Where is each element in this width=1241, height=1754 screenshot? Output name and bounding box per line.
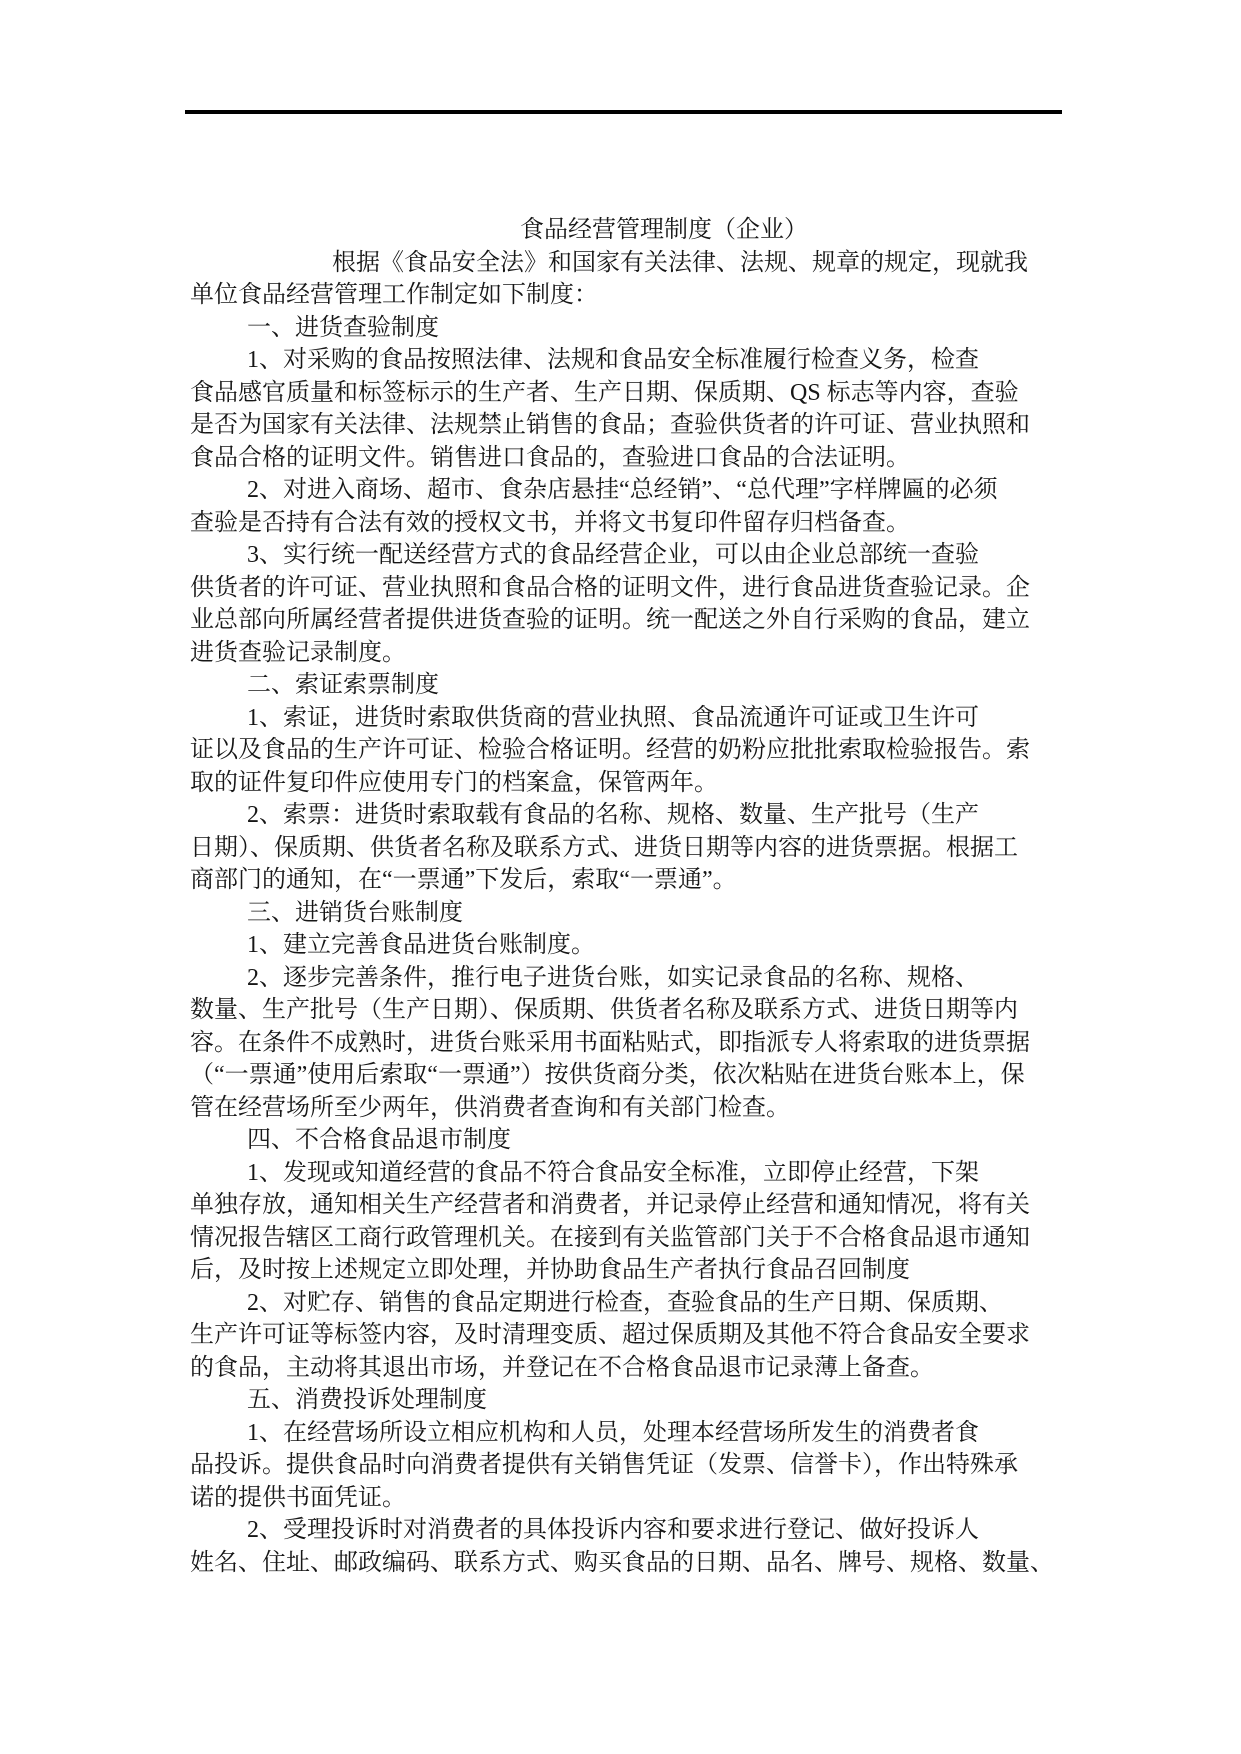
text-line: 1、建立完善食品进货台账制度。 <box>190 929 1070 962</box>
text-line: 单位食品经营管理工作制定如下制度： <box>190 279 1070 312</box>
text-line: 1、索证，进货时索取供货商的营业执照、食品流通许可证或卫生许可 <box>190 702 1070 735</box>
text-line: 2、受理投诉时对消费者的具体投诉内容和要求进行登记、做好投诉人 <box>190 1514 1070 1547</box>
text-line: 证以及食品的生产许可证、检验合格证明。经营的奶粉应批批索取检验报告。索 <box>190 734 1070 767</box>
text-line: 四、不合格食品退市制度 <box>190 1124 1070 1157</box>
text-line: 日期）、保质期、供货者名称及联系方式、进货日期等内容的进货票据。根据工 <box>190 832 1070 865</box>
text-line: 取的证件复印件应使用专门的档案盒，保管两年。 <box>190 767 1070 800</box>
text-line: 3、实行统一配送经营方式的食品经营企业，可以由企业总部统一查验 <box>190 539 1070 572</box>
text-line: 食品合格的证明文件。销售进口食品的，查验进口食品的合法证明。 <box>190 442 1070 475</box>
text-line: 管在经营场所至少两年，供消费者查询和有关部门检查。 <box>190 1092 1070 1125</box>
text-line: 根据《食品安全法》和国家有关法律、法规、规章的规定，现就我 <box>190 247 1070 280</box>
text-line: 查验是否持有合法有效的授权文书，并将文书复印件留存归档备查。 <box>190 507 1070 540</box>
text-line: （“一票通”使用后索取“一票通”）按供货商分类，依次粘贴在进货台账本上，保 <box>190 1059 1070 1092</box>
document-title: 食品经营管理制度（企业） <box>190 214 1070 247</box>
text-line: 单独存放，通知相关生产经营者和消费者，并记录停止经营和通知情况，将有关 <box>190 1189 1070 1222</box>
text-line: 1、在经营场所设立相应机构和人员，处理本经营场所发生的消费者食 <box>190 1417 1070 1450</box>
text-line: 商部门的通知，在“一票通”下发后，索取“一票通”。 <box>190 864 1070 897</box>
text-line: 是否为国家有关法律、法规禁止销售的食品；查验供货者的许可证、营业执照和 <box>190 409 1070 442</box>
document-body: 食品经营管理制度（企业） 根据《食品安全法》和国家有关法律、法规、规章的规定，现… <box>190 214 1070 1579</box>
text-line: 2、逐步完善条件，推行电子进货台账，如实记录食品的名称、规格、 <box>190 962 1070 995</box>
text-line: 品投诉。提供食品时向消费者提供有关销售凭证（发票、信誉卡），作出特殊承 <box>190 1449 1070 1482</box>
text-line: 五、消费投诉处理制度 <box>190 1384 1070 1417</box>
text-line: 2、对贮存、销售的食品定期进行检查，查验食品的生产日期、保质期、 <box>190 1287 1070 1320</box>
text-line: 1、发现或知道经营的食品不符合食品安全标准，立即停止经营，下架 <box>190 1157 1070 1190</box>
text-line: 供货者的许可证、营业执照和食品合格的证明文件，进行食品进货查验记录。企 <box>190 572 1070 605</box>
text-line: 食品感官质量和标签标示的生产者、生产日期、保质期、QS 标志等内容，查验 <box>190 377 1070 410</box>
text-line: 的食品，主动将其退出市场，并登记在不合格食品退市记录薄上备查。 <box>190 1352 1070 1385</box>
document-lines: 根据《食品安全法》和国家有关法律、法规、规章的规定，现就我单位食品经营管理工作制… <box>190 247 1070 1580</box>
text-line: 进货查验记录制度。 <box>190 637 1070 670</box>
text-line: 一、进货查验制度 <box>190 312 1070 345</box>
text-line: 2、对进入商场、超市、食杂店悬挂“总经销”、“总代理”字样牌匾的必须 <box>190 474 1070 507</box>
text-line: 三、进销货台账制度 <box>190 897 1070 930</box>
text-line: 业总部向所属经营者提供进货查验的证明。统一配送之外自行采购的食品，建立 <box>190 604 1070 637</box>
text-line: 1、对采购的食品按照法律、法规和食品安全标准履行检查义务，检查 <box>190 344 1070 377</box>
text-line: 数量、生产批号（生产日期）、保质期、供货者名称及联系方式、进货日期等内 <box>190 994 1070 1027</box>
text-line: 容。在条件不成熟时，进货台账采用书面粘贴式，即指派专人将索取的进货票据 <box>190 1027 1070 1060</box>
document-page: 食品经营管理制度（企业） 根据《食品安全法》和国家有关法律、法规、规章的规定，现… <box>0 0 1241 1754</box>
text-line: 2、索票：进货时索取载有食品的名称、规格、数量、生产批号（生产 <box>190 799 1070 832</box>
text-line: 诺的提供书面凭证。 <box>190 1482 1070 1515</box>
text-line: 生产许可证等标签内容，及时清理变质、超过保质期及其他不符合食品安全要求 <box>190 1319 1070 1352</box>
header-rule <box>185 110 1062 114</box>
text-line: 后，及时按上述规定立即处理，并协助食品生产者执行食品召回制度 <box>190 1254 1070 1287</box>
text-line: 二、索证索票制度 <box>190 669 1070 702</box>
text-line: 情况报告辖区工商行政管理机关。在接到有关监管部门关于不合格食品退市通知 <box>190 1222 1070 1255</box>
text-line: 姓名、住址、邮政编码、联系方式、购买食品的日期、品名、牌号、规格、数量、 <box>190 1547 1070 1580</box>
